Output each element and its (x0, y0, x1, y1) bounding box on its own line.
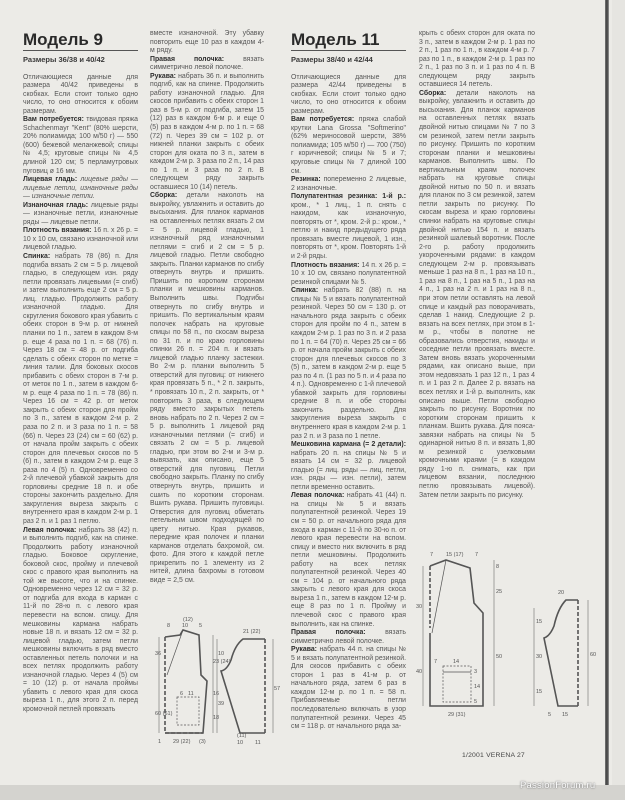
svg-text:39: 39 (218, 701, 224, 707)
svg-text:18: 18 (213, 715, 219, 721)
svg-text:10: 10 (237, 740, 243, 745)
svg-text:30: 30 (416, 604, 422, 610)
svg-text:21 (22): 21 (22) (243, 629, 261, 635)
svg-text:15: 15 (536, 619, 542, 625)
svg-text:7: 7 (475, 552, 478, 558)
model9-right-front: Правая полочка: вязать симметрично левой… (150, 56, 264, 73)
svg-text:15: 15 (536, 689, 542, 695)
model11-intro: Отличающиеся данные для размера 42/44 пр… (291, 74, 406, 117)
watermark: PassionForum.ru (520, 780, 595, 791)
svg-text:5: 5 (548, 712, 551, 718)
model9-schematic-diagram: (12) 8 10 5 36 60 (61) 23 (24) 16 18 6 1… (155, 615, 285, 745)
model9-column-2: вместе изнаночной. Эту убавку повторить … (150, 30, 264, 586)
svg-text:57: 57 (274, 686, 280, 692)
svg-text:6: 6 (180, 691, 183, 697)
model9-sizes: Размеры 36/38 и 40/42 (23, 56, 138, 65)
svg-text:7: 7 (434, 659, 437, 665)
model9-gauge: Плотность вязания: 16 п. х 26 р. = 10 х … (23, 227, 138, 253)
model11-column-1: Модель 11 Размеры 38/40 и 42/44 Отличающ… (291, 30, 406, 732)
svg-text:3: 3 (474, 669, 477, 675)
page-footer: 1/2001 VERENA 27 (462, 752, 525, 759)
svg-text:14: 14 (453, 659, 459, 665)
model11-right-front: Правая полочка: вязать симметрично левой… (291, 629, 406, 646)
svg-text:30: 30 (536, 654, 542, 660)
model11-sizes: Размеры 38/40 и 42/44 (291, 56, 406, 65)
model11-rib: Резинка: попеременно 2 лицевые, 2 изнано… (291, 176, 406, 193)
model9-title: Модель 9 (23, 30, 138, 51)
svg-text:16: 16 (213, 691, 219, 697)
svg-text:25: 25 (496, 589, 502, 595)
model11-schematic-diagram: 7 15 (17) 7 30 40 8 25 50 7 14 3 14 5 29… (398, 548, 598, 723)
model11-pocket-lining: Мешковина кармана (= 2 детали): набрать … (291, 441, 406, 492)
model11-assembly: Сборка: детали наколоть на выкройку, увл… (419, 90, 535, 500)
svg-text:23 (24): 23 (24) (213, 659, 231, 665)
svg-text:15: 15 (562, 712, 568, 718)
model9-assembly: Сборка: детали наколоть на выкройку, увл… (150, 192, 264, 585)
model11-title: Модель 11 (291, 30, 406, 51)
model9-column-1: Модель 9 Размеры 36/38 и 40/42 Отличающи… (23, 30, 138, 715)
model9-continued: вместе изнаночной. Эту убавку повторить … (150, 30, 264, 56)
svg-text:29 (22): 29 (22) (173, 739, 191, 745)
svg-text:10: 10 (182, 623, 188, 629)
model11-left-front: Левая полочка: набрать 41 (44) п. на спи… (291, 492, 406, 629)
model11-back: Спинка: набрать 82 (88) п. на спицы № 5 … (291, 287, 406, 441)
svg-text:29 (31): 29 (31) (448, 712, 466, 718)
svg-text:11: 11 (188, 691, 194, 697)
model11-materials: Вам потребуется: пряжа слабой крутки Lan… (291, 116, 406, 176)
model11-half-fisherman-rib: Полупатентная резинка: 1-й р.: кром., * … (291, 193, 406, 261)
svg-text:5: 5 (474, 699, 477, 705)
svg-text:60: 60 (590, 652, 596, 658)
model11-continued: крыть с обеих сторон для оката по 3 п., … (419, 30, 535, 90)
svg-text:8: 8 (167, 623, 170, 629)
page-spine-edge (605, 0, 609, 785)
svg-text:5: 5 (199, 623, 202, 629)
svg-text:11: 11 (255, 740, 261, 745)
svg-text:(3): (3) (199, 739, 206, 745)
model11-sleeves: Рукава: набрать 44 п. на спицы № 5 и вяз… (291, 646, 406, 731)
model11-gauge: Плотность вязания: 14 п. х 26 р. = 10 х … (291, 262, 406, 288)
svg-text:1: 1 (158, 739, 161, 745)
svg-text:50: 50 (496, 654, 502, 660)
svg-text:40: 40 (416, 669, 422, 675)
model9-left-front: Левая полочка: набрать 38 (42) п. и выпо… (23, 527, 138, 715)
model9-back: Спинка: набрать 78 (86) п. Для подгиба в… (23, 253, 138, 527)
svg-text:20: 20 (558, 590, 564, 596)
svg-text:14: 14 (474, 684, 480, 690)
model9-materials: Вам потребуется: твидовая пряжа Schachen… (23, 116, 138, 176)
svg-text:10: 10 (218, 651, 224, 657)
model9-reverse-stockinette: Изнаночная гладь: лицевые ряды — изнаноч… (23, 202, 138, 228)
model9-stockinette: Лицевая гладь: лицевые ряды — лицевые пе… (23, 176, 138, 202)
model9-intro: Отличающиеся данные для размера 40/42 пр… (23, 74, 138, 117)
magazine-page: Модель 9 Размеры 36/38 и 40/42 Отличающи… (0, 0, 612, 785)
svg-text:15 (17): 15 (17) (446, 552, 464, 558)
svg-text:60 (61): 60 (61) (155, 711, 173, 717)
svg-text:36: 36 (155, 651, 161, 657)
model11-column-2: крыть с обеих сторон для оката по 3 п., … (419, 30, 535, 500)
model9-sleeves: Рукава: набрать 36 п. и выполнить подгиб… (150, 73, 264, 193)
svg-text:8: 8 (496, 564, 499, 570)
svg-text:7: 7 (430, 552, 433, 558)
svg-text:(11): (11) (237, 733, 247, 739)
